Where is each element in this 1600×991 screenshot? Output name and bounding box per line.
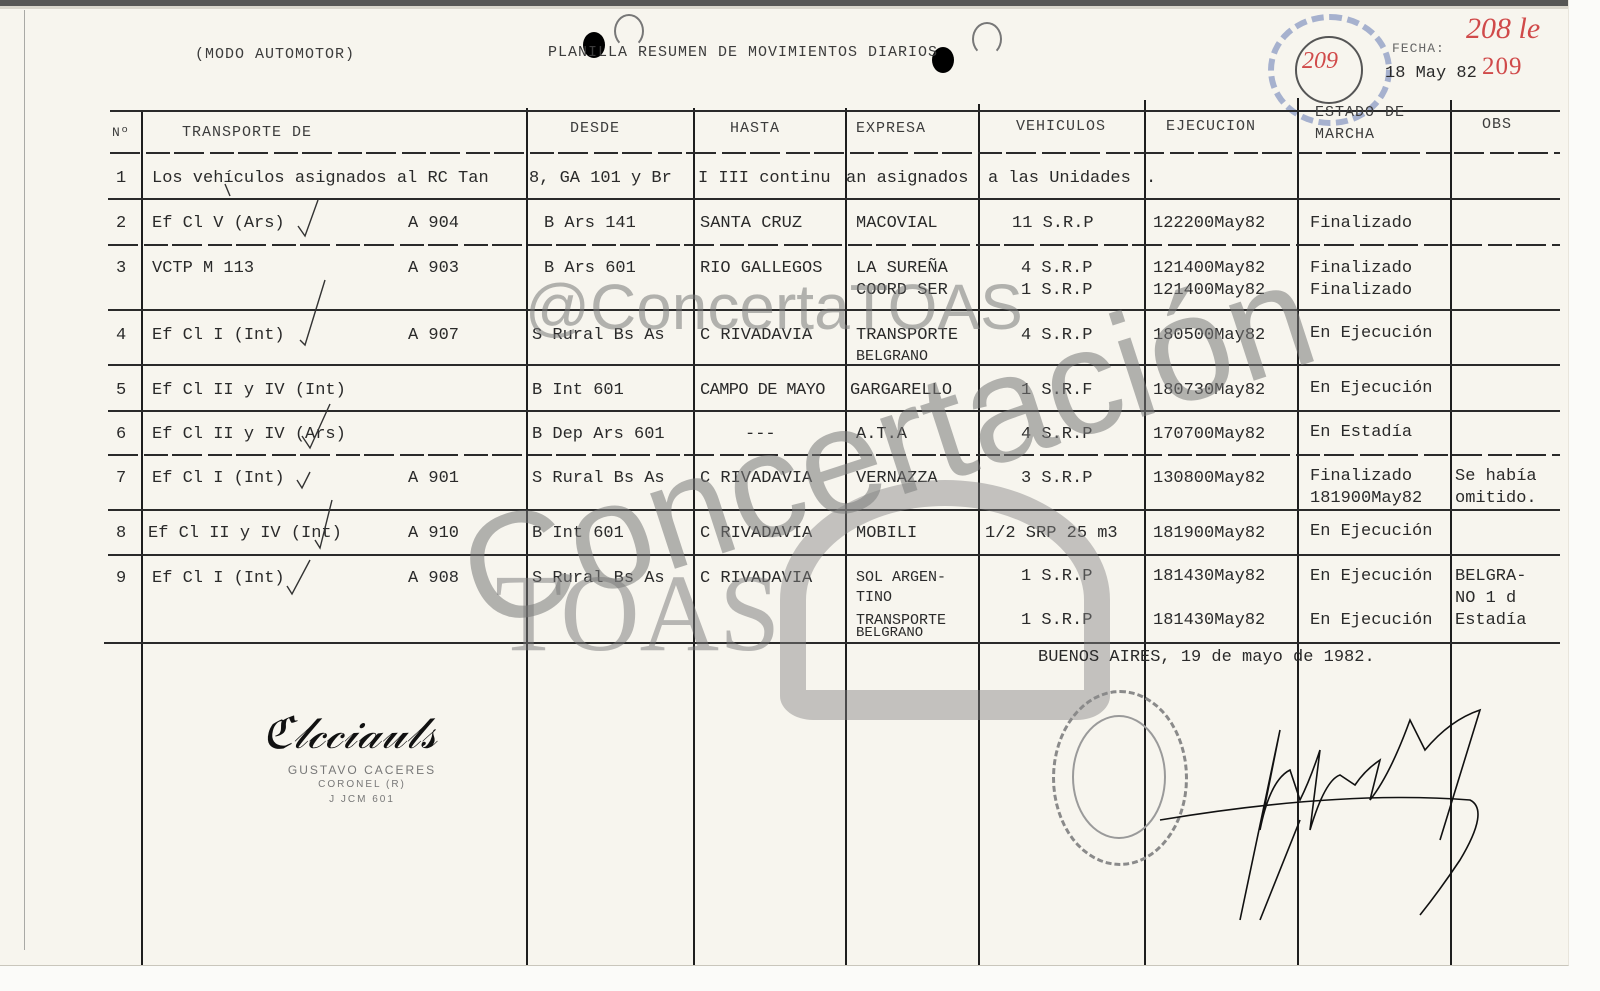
signature-right-icon (1140, 690, 1520, 930)
signatory-left-rank: CORONEL (R) (282, 779, 442, 790)
watermark-logo-icon (780, 480, 1110, 720)
scanned-document-page: (MODO AUTOMOTOR) PLANILLA RESUMEN DE MOV… (0, 0, 1569, 966)
place-date: BUENOS AIRES, 19 de mayo de 1982. (1038, 647, 1375, 669)
signatory-left-unit: J JCM 601 (282, 794, 442, 805)
signature-left-icon: ℭ𝓁𝒸𝒸𝒾𝒶𝓊𝓁𝓈 (262, 708, 437, 759)
signatory-left-name: GUSTAVO CACERES (282, 763, 442, 777)
